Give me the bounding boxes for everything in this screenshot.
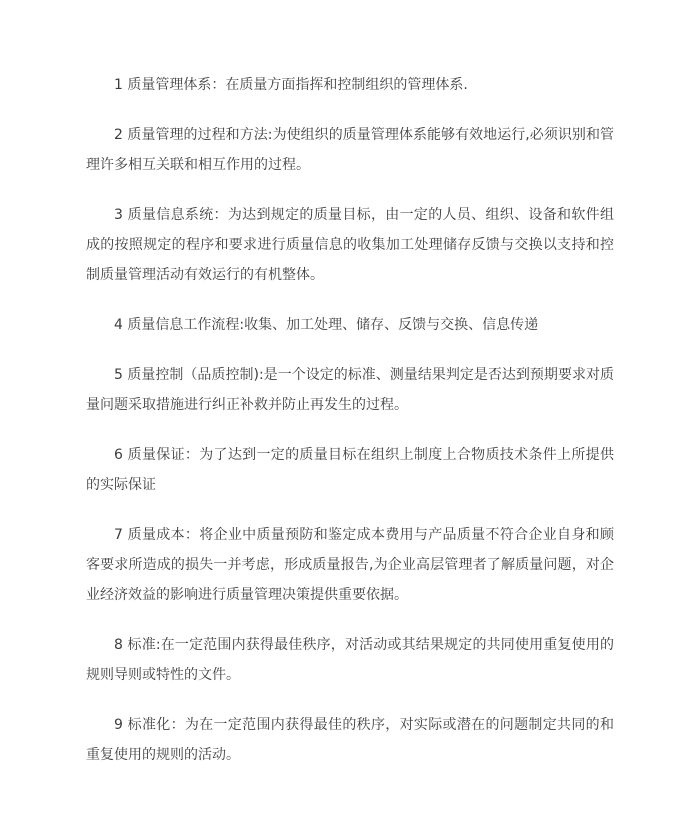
paragraph: 1 质量管理体系：在质量方面指挥和控制组织的管理体系. <box>86 70 614 100</box>
paragraph: 5 质量控制（品质控制):是一个设定的标准、测量结果判定是否达到预期要求对质量问… <box>86 360 614 420</box>
paragraph: 4 质量信息工作流程:收集、加工处理、储存、反馈与交换、信息传递 <box>86 310 614 340</box>
document-body: 1 质量管理体系：在质量方面指挥和控制组织的管理体系.2 质量管理的过程和方法:… <box>0 0 700 770</box>
paragraph: 9 标准化：为在一定范围内获得最佳的秩序，对实际或潜在的问题制定共同的和重复使用… <box>86 710 614 770</box>
paragraph: 8 标准:在一定范围内获得最佳秩序，对活动或其结果规定的共同使用重复使用的规则导… <box>86 630 614 690</box>
paragraph: 3 质量信息系统：为达到规定的质量目标，由一定的人员、组织、设备和软件组成的按照… <box>86 200 614 290</box>
paragraph: 7 质量成本：将企业中质量预防和鉴定成本费用与产品质量不符合企业自身和顾客要求所… <box>86 520 614 610</box>
paragraph: 6 质量保证：为了达到一定的质量目标在组织上制度上合物质技术条件上所提供的实际保… <box>86 440 614 500</box>
document-page: 1 质量管理体系：在质量方面指挥和控制组织的管理体系.2 质量管理的过程和方法:… <box>0 0 700 831</box>
paragraph: 2 质量管理的过程和方法:为使组织的质量管理体系能够有效地运行,必须识别和管理许… <box>86 120 614 180</box>
